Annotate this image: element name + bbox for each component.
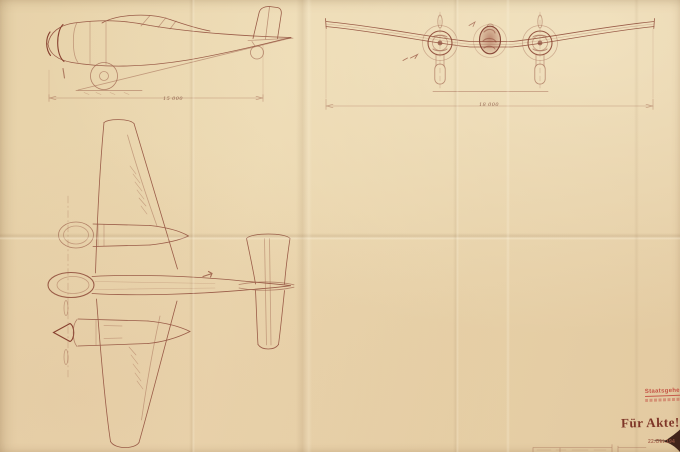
secrecy-stamp-text: Staatsgeheimnis: [645, 387, 680, 395]
front-view-span-dimension: 18 000: [479, 102, 499, 108]
side-view-dimension-line: [49, 45, 263, 102]
title-block: [533, 445, 646, 452]
side-view-drawing: [47, 7, 293, 102]
secrecy-stamp: Staatsgeheimnis: [645, 387, 680, 402]
aircraft-three-view-drawing: [0, 0, 680, 452]
blueprint-sheet: 15 000 18 000 Staatsgeheimnis Für Akte! …: [0, 0, 680, 452]
front-view-drawing: [326, 12, 655, 110]
plan-view-drawing: [48, 120, 294, 448]
fur-akte-stamp: Für Akte!: [621, 414, 680, 431]
side-view-length-dimension: 15 000: [163, 96, 183, 102]
date-stamp: 22.Okt.194: [648, 439, 675, 445]
